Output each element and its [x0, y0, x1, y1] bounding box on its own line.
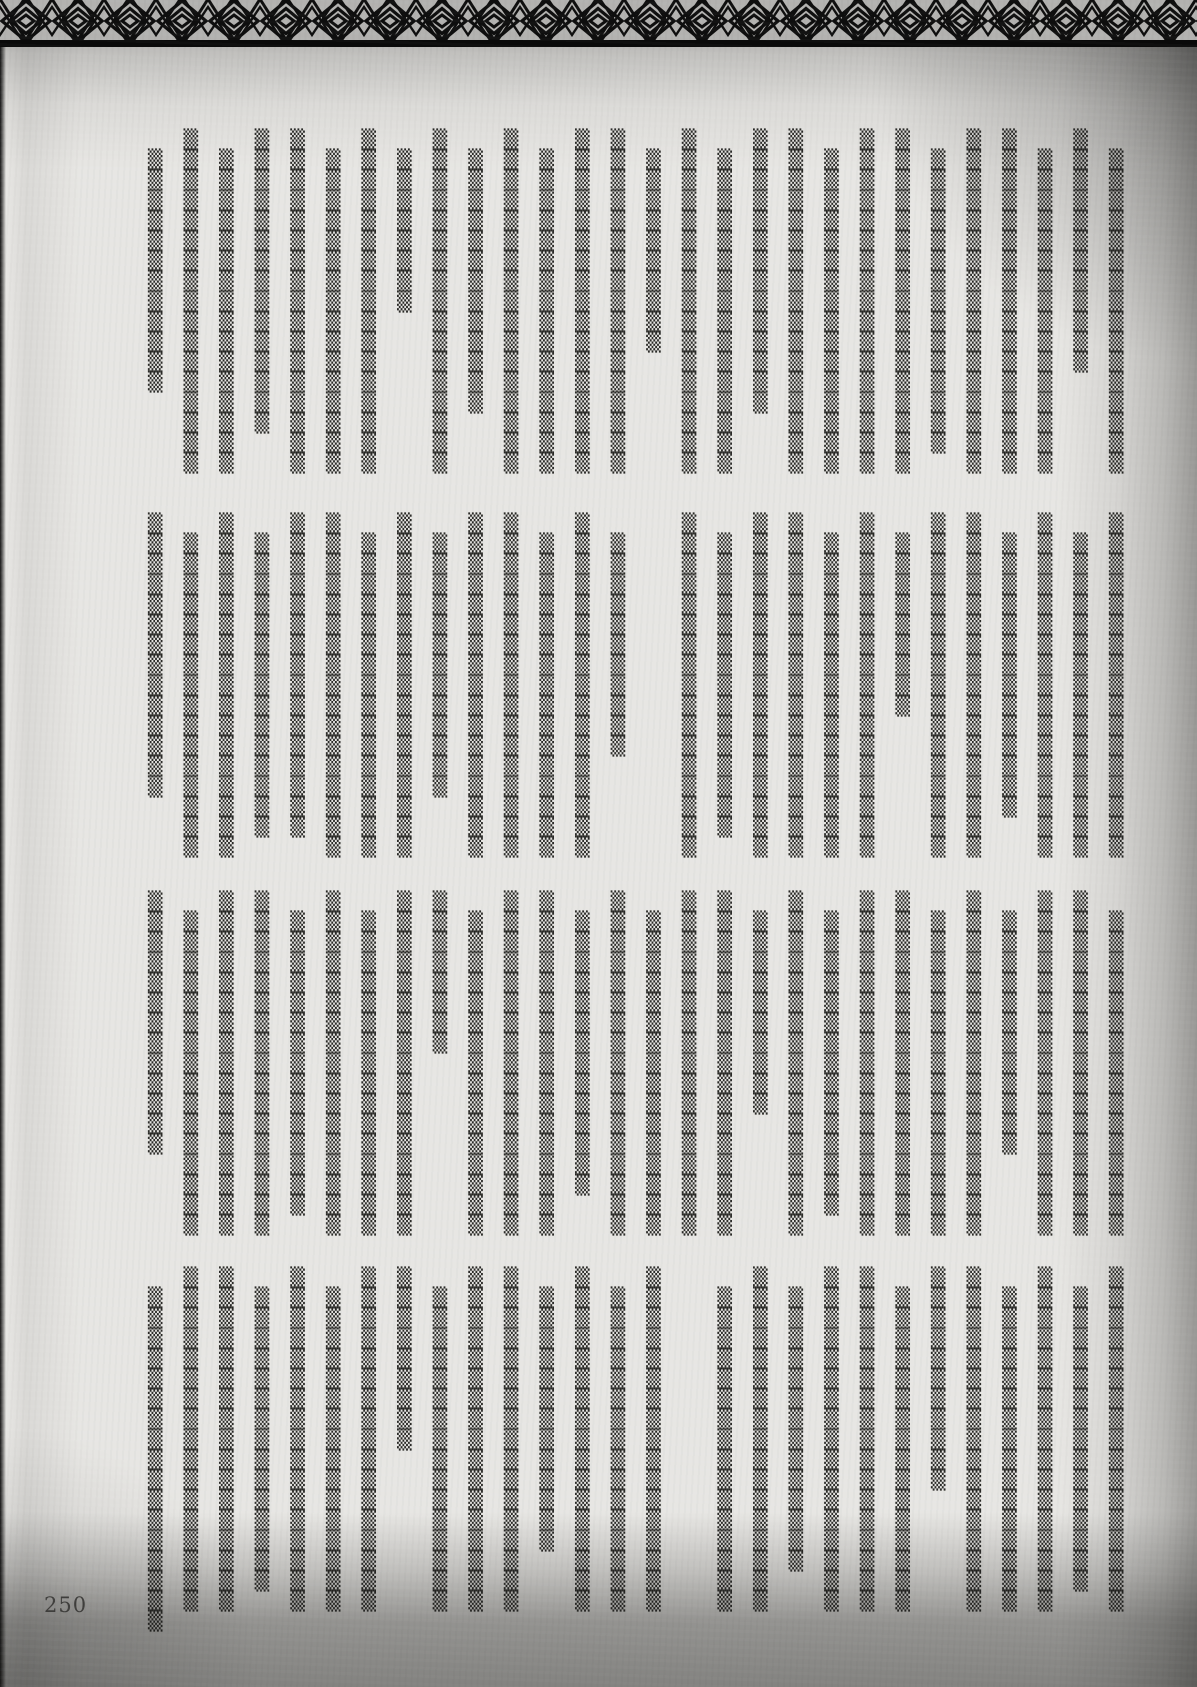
text-column: ▒▒▒▒▒▒▒▒▒▒▒▒▒▒▒▒▒ — [892, 130, 913, 473]
text-column: ▒▒▒▒▒▒▒▒▒▒▒▒▒▒▒▒ — [536, 534, 557, 857]
text-column: ▒▒▒▒▒▒▒▒▒▒▒▒▒▒ — [999, 534, 1020, 817]
text-column: ▒▒▒▒▒▒▒▒▒▒▒▒▒▒▒▒▒ — [251, 892, 272, 1235]
text-column: ▒▒▒▒▒▒▒▒▒▒▒▒▒▒▒▒▒ — [892, 892, 913, 1235]
text-column: ▒▒▒▒▒▒▒▒▒▒▒▒▒▒▒▒▒ — [429, 130, 450, 473]
text-column: ▒▒▒▒▒▒▒▒▒▒▒▒▒▒▒▒▒ — [394, 892, 415, 1235]
text-column: ▒▒▒▒▒▒▒▒▒▒▒▒▒▒▒▒▒ — [821, 1268, 842, 1611]
text-column: ▒▒▒▒▒▒▒▒ — [429, 892, 450, 1054]
text-column: ▒▒▒▒▒▒▒▒▒▒▒▒▒ — [465, 150, 486, 413]
text-column: ▒▒▒▒▒▒▒▒▒▒▒▒▒▒▒▒ — [323, 150, 344, 473]
text-column: ▒▒▒▒▒▒▒▒▒▒▒▒▒▒▒▒▒ — [785, 892, 806, 1235]
text-column: ▒▒▒▒▒▒▒▒▒▒▒▒▒▒▒▒▒ — [501, 892, 522, 1235]
text-column: ▒▒▒▒▒▒▒▒▒▒▒▒▒▒▒▒ — [180, 534, 201, 857]
text-column: ▒▒▒▒▒▒▒▒▒▒▒▒▒▒▒▒ — [1070, 534, 1091, 857]
text-column: ▒▒▒▒▒▒▒▒▒▒▒▒▒▒ — [572, 912, 593, 1195]
text-column: ▒▒▒▒▒▒▒▒▒▒▒▒▒▒▒▒ — [643, 912, 664, 1235]
text-column: ▒▒▒▒▒▒▒▒▒▒▒▒▒▒▒▒▒ — [323, 892, 344, 1235]
page-number: 250 — [44, 1593, 87, 1617]
text-column: ▒▒▒▒▒▒▒▒▒▒▒▒▒▒▒▒▒ — [572, 130, 593, 473]
text-column: ▒▒▒▒▒▒▒▒▒▒▒▒▒▒▒▒▒ — [785, 514, 806, 857]
text-column: ▒▒▒▒▒▒▒▒▒ — [892, 534, 913, 716]
text-column: ▒▒▒▒▒▒▒▒▒▒▒▒▒▒▒▒▒ — [679, 892, 700, 1235]
text-column: ▒▒▒▒▒▒▒▒▒▒▒▒▒▒▒▒▒ — [1035, 514, 1056, 857]
text-band: ▒▒▒▒▒▒▒▒▒▒▒▒▒▒▒▒▒▒▒▒▒▒▒▒▒▒▒▒▒▒▒▒▒▒▒▒▒▒▒▒… — [121, 514, 1134, 866]
text-column: ▒▒▒▒▒▒▒▒▒▒▒▒▒▒▒ — [928, 150, 949, 453]
text-column: ▒▒▒▒▒▒▒▒▒▒▒▒▒▒▒▒▒ — [501, 1268, 522, 1611]
text-column: ▒▒▒▒▒▒▒▒▒▒▒▒▒▒▒▒ — [821, 534, 842, 857]
text-column: ▒▒▒▒▒▒▒▒▒▒▒▒▒ — [429, 534, 450, 797]
text-column: ▒▒▒▒▒▒▒▒▒▒▒▒▒▒▒▒▒ — [465, 1268, 486, 1611]
text-column: ▒▒▒▒▒▒▒▒▒▒▒▒▒▒▒ — [251, 130, 272, 433]
text-column: ▒▒▒▒▒▒▒▒▒▒▒▒ — [1070, 130, 1091, 372]
text-column: ▒▒▒▒▒▒▒▒▒▒▒▒▒▒▒▒▒ — [750, 1268, 771, 1611]
text-column: ▒▒▒▒▒▒▒▒▒▒▒▒▒▒▒ — [714, 534, 735, 837]
text-column: ▒▒▒▒▒▒▒▒▒▒▒▒▒▒ — [750, 130, 771, 413]
text-column: ▒▒▒▒▒▒▒▒▒▒▒▒▒ — [536, 1288, 557, 1551]
text-band: ▒▒▒▒▒▒▒▒▒▒▒▒▒▒▒▒▒▒▒▒▒▒▒▒▒▒▒▒▒▒▒▒▒▒▒▒▒▒▒▒… — [121, 892, 1134, 1244]
text-column: ▒▒▒▒▒▒▒▒▒▒▒▒▒▒▒▒▒ — [145, 1288, 166, 1631]
text-column: ▒▒▒▒▒▒▒▒▒▒▒▒▒▒▒ — [251, 1288, 272, 1591]
text-column: ▒▒▒▒▒▒▒▒▒▒▒▒▒▒▒▒▒ — [572, 1268, 593, 1611]
text-band: ▒▒▒▒▒▒▒▒▒▒▒▒▒▒▒▒▒▒▒▒▒▒▒▒▒▒▒▒▒▒▒▒▒▒▒▒▒▒▒▒… — [121, 130, 1134, 482]
text-column: ▒▒▒▒▒▒▒▒▒▒▒▒▒▒▒▒ — [607, 1288, 628, 1611]
text-column: ▒▒▒▒▒▒▒▒▒▒▒▒▒▒▒▒▒ — [358, 130, 379, 473]
text-column: ▒▒▒▒▒▒▒▒▒▒▒▒▒▒▒▒▒ — [963, 514, 984, 857]
text-column: ▒▒▒▒▒▒▒▒▒▒▒▒▒▒▒▒▒ — [394, 514, 415, 857]
text-column: ▒▒▒▒▒▒▒▒▒▒▒▒▒▒▒▒ — [287, 514, 308, 837]
text-column: ▒▒▒▒▒▒▒▒▒▒▒▒▒▒▒▒ — [1106, 150, 1127, 473]
text-column: ▒▒▒▒▒▒▒▒▒ — [394, 1268, 415, 1450]
text-column: ▒▒▒▒▒▒▒▒▒▒▒▒▒▒▒▒ — [928, 912, 949, 1235]
text-column: ▒▒▒▒▒▒▒▒▒▒▒▒▒▒▒▒▒ — [857, 1268, 878, 1611]
text-column: ▒▒▒▒▒▒▒▒▒▒▒▒▒▒▒▒▒ — [963, 130, 984, 473]
text-column: ▒▒▒▒▒▒▒▒▒▒▒▒▒▒▒▒▒ — [1035, 1268, 1056, 1611]
text-column: ▒▒▒▒▒▒▒▒▒▒▒▒▒▒▒▒▒ — [216, 892, 237, 1235]
text-column: ▒▒▒▒▒▒▒▒▒▒▒▒▒▒▒▒▒ — [572, 514, 593, 857]
text-column: ▒▒▒▒▒▒▒▒▒▒▒▒▒▒▒▒▒ — [323, 514, 344, 857]
text-column: ▒▒▒▒▒▒▒▒▒▒▒▒▒▒▒▒ — [892, 1288, 913, 1611]
text-column: ▒▒▒▒▒▒▒▒▒▒▒▒▒▒▒▒▒ — [1106, 514, 1127, 857]
text-column: ▒▒▒▒▒▒▒▒▒▒▒▒▒▒▒ — [821, 912, 842, 1215]
text-column: ▒▒▒▒▒▒▒▒▒▒▒▒▒▒▒▒▒ — [963, 1268, 984, 1611]
text-column: ▒▒▒▒▒▒▒▒▒▒▒▒▒▒▒ — [287, 912, 308, 1215]
text-column: ▒▒▒▒▒▒▒▒▒▒▒▒ — [145, 150, 166, 392]
text-column: ▒▒▒▒▒▒▒▒▒▒▒▒▒▒▒▒ — [1035, 150, 1056, 473]
text-column: ▒▒▒▒▒▒▒▒▒▒▒▒▒▒▒▒▒ — [679, 130, 700, 473]
text-column: ▒▒▒▒▒▒▒▒▒▒▒▒▒▒▒ — [1070, 1288, 1091, 1591]
text-column: ▒▒▒▒▒▒▒▒ — [394, 150, 415, 312]
text-column: ▒▒▒▒▒▒▒▒▒▒▒▒▒▒▒▒▒ — [857, 130, 878, 473]
text-column: ▒▒▒▒▒▒▒▒▒▒▒ — [607, 534, 628, 756]
text-column: ▒▒▒▒▒▒▒▒▒▒▒▒▒▒▒▒ — [536, 150, 557, 473]
text-column: ▒▒▒▒▒▒▒▒▒▒▒▒▒▒▒▒ — [465, 912, 486, 1235]
text-column: ▒▒▒▒▒▒▒▒▒▒▒▒▒▒▒▒▒ — [536, 892, 557, 1235]
text-column: ▒▒▒▒▒▒▒▒▒▒▒▒▒ — [145, 892, 166, 1155]
text-column: ▒▒▒▒▒▒▒▒▒▒▒▒▒▒▒▒ — [999, 1288, 1020, 1611]
text-column: ▒▒▒▒▒▒▒▒▒▒▒▒▒▒▒▒▒ — [607, 892, 628, 1235]
text-column: ▒▒▒▒▒▒▒▒▒▒▒▒▒▒▒▒▒ — [750, 514, 771, 857]
text-column: ▒▒▒▒▒▒▒▒▒▒▒▒▒▒▒ — [251, 534, 272, 837]
text-column: ▒▒▒▒▒▒▒▒▒▒▒▒▒▒ — [785, 1288, 806, 1571]
text-column: ▒▒▒▒▒▒▒▒▒▒▒▒▒▒▒▒ — [358, 912, 379, 1235]
book-page: ▒▒▒▒▒▒▒▒▒▒▒▒▒▒▒▒▒▒▒▒▒▒▒▒▒▒▒▒▒▒▒▒▒▒▒▒▒▒▒▒… — [0, 0, 1197, 1687]
text-column: ▒▒▒▒▒▒▒▒▒▒▒ — [928, 1268, 949, 1490]
text-column: ▒▒▒▒▒▒▒▒▒▒▒▒▒▒▒▒▒ — [857, 514, 878, 857]
text-column: ▒▒▒▒▒▒▒▒▒▒▒▒▒▒▒▒ — [323, 1288, 344, 1611]
text-column: ▒▒▒▒▒▒▒▒▒▒▒▒▒▒▒▒▒ — [679, 514, 700, 857]
text-column: ▒▒▒▒▒▒▒▒▒▒▒▒▒▒▒▒ — [714, 1288, 735, 1611]
text-column: ▒▒▒▒▒▒▒▒▒▒▒▒▒▒▒▒ — [180, 912, 201, 1235]
text-column: ▒▒▒▒▒▒▒▒▒▒▒▒▒▒▒▒▒ — [180, 130, 201, 473]
text-column: ▒▒▒▒▒▒▒▒▒▒▒▒▒▒▒▒ — [358, 534, 379, 857]
text-column: ▒▒▒▒▒▒▒▒▒▒▒▒▒▒▒▒▒ — [287, 1268, 308, 1611]
text-column: ▒▒▒▒▒▒▒▒▒▒▒▒▒▒ — [145, 514, 166, 797]
text-column: ▒▒▒▒▒▒▒▒▒▒▒▒▒▒▒▒▒ — [465, 514, 486, 857]
text-area: ▒▒▒▒▒▒▒▒▒▒▒▒▒▒▒▒▒▒▒▒▒▒▒▒▒▒▒▒▒▒▒▒▒▒▒▒▒▒▒▒… — [121, 0, 1134, 1687]
text-column: ▒▒▒▒▒▒▒▒▒▒▒▒▒▒▒▒▒ — [928, 514, 949, 857]
text-column: ▒▒▒▒▒▒▒▒▒▒▒▒▒▒▒▒▒ — [643, 1268, 664, 1611]
text-column: ▒▒▒▒▒▒▒▒▒▒▒▒▒▒▒▒▒ — [180, 1268, 201, 1611]
text-column: ▒▒▒▒▒▒▒▒▒▒▒▒▒▒▒▒▒ — [857, 892, 878, 1235]
text-column: ▒▒▒▒▒▒▒▒▒▒▒▒▒▒▒▒▒ — [358, 1268, 379, 1611]
text-column: ▒▒▒▒▒▒▒▒▒▒▒▒ — [999, 912, 1020, 1154]
text-column: ▒▒▒▒▒▒▒▒▒▒ — [643, 150, 664, 352]
text-column: ▒▒▒▒▒▒▒▒▒▒▒▒▒▒▒▒▒ — [963, 892, 984, 1235]
text-column: ▒▒▒▒▒▒▒▒▒▒▒▒▒▒▒▒▒ — [501, 514, 522, 857]
text-column: ▒▒▒▒▒▒▒▒▒▒▒▒▒▒▒▒ — [821, 150, 842, 473]
text-column: ▒▒▒▒▒▒▒▒▒▒▒▒▒▒▒▒▒ — [999, 130, 1020, 473]
text-column: ▒▒▒▒▒▒▒▒▒▒▒▒▒▒▒▒ — [714, 150, 735, 473]
text-column: ▒▒▒▒▒▒▒▒▒▒▒▒▒▒▒▒▒ — [501, 130, 522, 473]
text-column: ▒▒▒▒▒▒▒▒▒▒▒▒▒▒▒▒▒ — [714, 892, 735, 1235]
text-column: ▒▒▒▒▒▒▒▒▒▒▒▒▒▒▒▒▒ — [785, 130, 806, 473]
text-column: ▒▒▒▒▒▒▒▒▒▒▒▒▒▒▒▒▒ — [287, 130, 308, 473]
text-column: ▒▒▒▒▒▒▒▒▒▒▒▒▒▒▒▒ — [216, 150, 237, 473]
text-band: ▒▒▒▒▒▒▒▒▒▒▒▒▒▒▒▒▒▒▒▒▒▒▒▒▒▒▒▒▒▒▒▒▒▒▒▒▒▒▒▒… — [121, 1268, 1134, 1620]
text-column: ▒▒▒▒▒▒▒▒▒▒▒▒▒▒▒▒▒ — [216, 514, 237, 857]
text-column: ▒▒▒▒▒▒▒▒▒▒ — [750, 912, 771, 1114]
text-column: ▒▒▒▒▒▒▒▒▒▒▒▒▒▒▒▒▒ — [1106, 1268, 1127, 1611]
text-column: ▒▒▒▒▒▒▒▒▒▒▒▒▒▒▒▒▒ — [1070, 892, 1091, 1235]
text-column: ▒▒▒▒▒▒▒▒▒▒▒▒▒▒▒▒ — [429, 1288, 450, 1611]
text-column: ▒▒▒▒▒▒▒▒▒▒▒▒▒▒▒▒▒ — [216, 1268, 237, 1611]
text-column: ▒▒▒▒▒▒▒▒▒▒▒▒▒▒▒▒▒ — [607, 130, 628, 473]
text-column: ▒▒▒▒▒▒▒▒▒▒▒▒▒▒▒▒▒ — [1035, 892, 1056, 1235]
text-column: ▒▒▒▒▒▒▒▒▒▒▒▒▒▒▒▒ — [1106, 912, 1127, 1235]
